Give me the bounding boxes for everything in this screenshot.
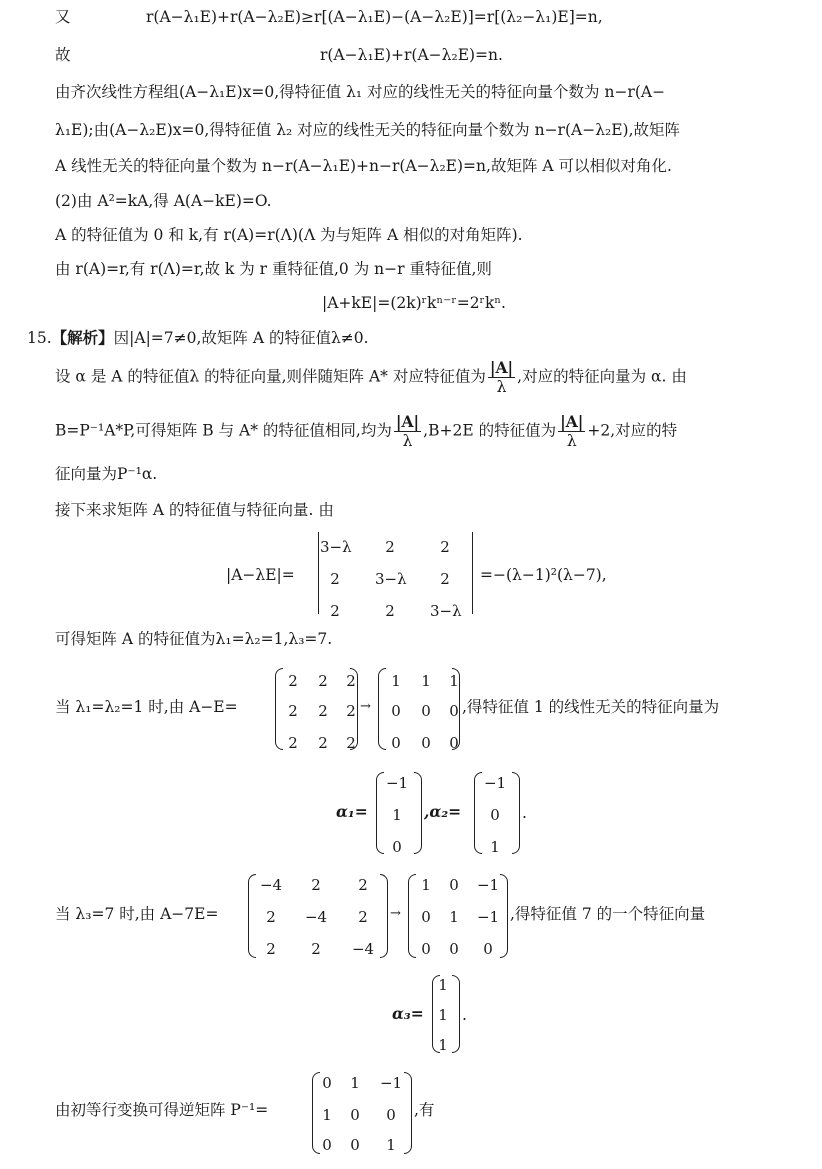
matrix-cell: 3−λ [375, 570, 405, 588]
text-segment: +2,对应的特 [587, 422, 677, 440]
vector-cell: −1 [480, 774, 510, 792]
case-1-suffix: ,得特征值 1 的线性无关的特征向量为 [462, 700, 719, 716]
fraction-det-over-lambda: |A|λ [558, 414, 585, 449]
fraction-det-over-lambda: |A|λ [394, 414, 421, 449]
fraction-numerator: |A| [394, 414, 421, 432]
matrix-cell: 2 [375, 538, 405, 556]
matrix-cell: 1 [312, 1106, 342, 1124]
vector-cell: −1 [382, 774, 412, 792]
matrix-cell: 2 [301, 940, 331, 958]
matrix-cell: −1 [473, 876, 503, 894]
text-line-1-label: 又 [55, 10, 71, 26]
case-2-prefix: 当 λ₃=7 时,由 A−7E= [55, 907, 218, 923]
matrix-cell: 2 [308, 734, 338, 752]
matrix-cell: 3−λ [430, 602, 460, 620]
matrix-cell: 0 [411, 702, 441, 720]
paragraph-eigenvalues-0-k: A 的特征值为 0 和 k,有 r(A)=r(Λ)(Λ 为与矩阵 A 相似的对角… [55, 228, 523, 244]
matrix-cell: 2 [320, 602, 350, 620]
fraction-denominator: λ [567, 432, 577, 450]
matrix-cell: 2 [375, 602, 405, 620]
matrix-cell: 1 [411, 876, 441, 894]
paren-right [380, 874, 388, 958]
matrix-cell: 0 [473, 940, 503, 958]
question-15-first-sentence: 因|A|=7≠0,故矩阵 A 的特征值λ≠0. [114, 329, 369, 347]
matrix-cell: −4 [301, 908, 331, 926]
equation-rank-inequality: r(A−λ₁E)+r(A−λ₂E)≥r[(A−λ₁E)−(A−λ₂E)]=r[(… [146, 10, 603, 26]
matrix-cell: 1 [376, 1136, 406, 1154]
text-segment: B=P⁻¹A*P,可得矩阵 B 与 A* 的特征值相同,均为 [55, 422, 392, 440]
matrix-cell: 2 [430, 570, 460, 588]
matrix-cell: −4 [348, 940, 378, 958]
matrix-cell: 0 [411, 940, 441, 958]
paragraph-adjugate: 设 α 是 A 的特征值λ 的特征向量,则伴随矩阵 A* 对应特征值为|A|λ,… [55, 360, 687, 395]
fraction-det-over-lambda: |A|λ [488, 360, 515, 395]
matrix-cell: −1 [376, 1074, 406, 1092]
matrix-cell: 1 [340, 1074, 370, 1092]
matrix-cell: 2 [301, 876, 331, 894]
matrix-cell: 2 [278, 702, 308, 720]
matrix-cell: −4 [256, 876, 286, 894]
case-2-suffix: ,得特征值 7 的一个特征向量 [510, 907, 705, 923]
case-1-prefix: 当 λ₁=λ₂=1 时,由 A−E= [55, 700, 238, 716]
fraction-denominator: λ [403, 432, 413, 450]
matrix-cell: 0 [340, 1136, 370, 1154]
arrow-icon: → [390, 907, 401, 920]
paren-right [500, 874, 508, 958]
paragraph-similarity: B=P⁻¹A*P,可得矩阵 B 与 A* 的特征值相同,均为|A|λ,B+2E … [55, 414, 677, 449]
text-segment: ,B+2E 的特征值为 [423, 422, 556, 440]
paren-left [248, 874, 256, 958]
vector-cell: 0 [382, 838, 412, 856]
paragraph-eigenvalues: 可得矩阵 A 的特征值为λ₁=λ₂=1,λ₃=7. [55, 632, 332, 648]
matrix-cell: 2 [278, 672, 308, 690]
matrix-cell: 0 [340, 1106, 370, 1124]
matrix-cell: 2 [256, 908, 286, 926]
question-15-header: 15.【解析】因|A|=7≠0,故矩阵 A 的特征值λ≠0. [27, 330, 369, 347]
fraction-denominator: λ [497, 378, 507, 396]
arrow-icon: → [360, 700, 371, 713]
determinant-rhs: =−(λ−1)²(λ−7), [480, 568, 607, 584]
paren-right [512, 772, 520, 854]
paragraph-eigenvector-p-inv: 征向量为P⁻¹α. [55, 467, 157, 483]
paragraph-part-2: (2)由 A²=kA,得 A(A−kE)=O. [55, 194, 272, 210]
matrix-cell: 1 [411, 672, 441, 690]
matrix-cell: 0 [381, 702, 411, 720]
text-line-2-label: 故 [55, 48, 71, 64]
matrix-cell: 0 [411, 908, 441, 926]
paragraph-rank-r: 由 r(A)=r,有 r(Λ)=r,故 k 为 r 重特征值,0 为 n−r 重… [55, 262, 492, 278]
matrix-cell: 2 [256, 940, 286, 958]
matrix-cell: 1 [439, 908, 469, 926]
determinant-lhs: |A−λE|= [226, 568, 295, 584]
matrix-cell: 2 [348, 908, 378, 926]
paren-right [350, 668, 358, 750]
paragraph-next-step: 接下来求矩阵 A 的特征值与特征向量. 由 [55, 503, 334, 519]
matrix-cell: 1 [381, 672, 411, 690]
matrix-cell: 0 [376, 1106, 406, 1124]
matrix-cell: 2 [308, 672, 338, 690]
equation-determinant-result: |A+kE|=(2k)ʳkⁿ⁻ʳ=2ʳkⁿ. [322, 296, 506, 312]
paragraph-line-4: λ₁E);由(A−λ₂E)x=0,得特征值 λ₂ 对应的线性无关的特征向量个数为… [55, 123, 680, 139]
alpha1-label: α₁= [336, 804, 368, 820]
matrix-cell: 2 [308, 702, 338, 720]
p-inverse-prefix: 由初等行变换可得逆矩阵 P⁻¹= [55, 1103, 268, 1119]
paragraph-line-3: 由齐次线性方程组(A−λ₁E)x=0,得特征值 λ₁ 对应的线性无关的特征向量个… [55, 85, 665, 101]
analysis-tag: 【解析】 [52, 328, 114, 347]
text-segment: 设 α 是 A 的特征值λ 的特征向量,则伴随矩阵 A* 对应特征值为 [55, 368, 486, 386]
p-inverse-suffix: ,有 [414, 1103, 434, 1119]
alpha2-label: ,α₂= [424, 804, 461, 820]
period: . [522, 806, 527, 822]
matrix-cell: 0 [312, 1136, 342, 1154]
matrix-cell: 2 [320, 570, 350, 588]
matrix-cell: −1 [473, 908, 503, 926]
paragraph-line-5: A 线性无关的特征向量个数为 n−r(A−λ₁E)+n−r(A−λ₂E)=n,故… [55, 159, 672, 175]
matrix-cell: 2 [430, 538, 460, 556]
vector-cell: 1 [382, 806, 412, 824]
vector-cell: 1 [480, 838, 510, 856]
matrix-cell: 0 [411, 734, 441, 752]
matrix-cell: 2 [348, 876, 378, 894]
paren-right [452, 975, 460, 1053]
fraction-numerator: |A| [558, 414, 585, 432]
period: . [462, 1008, 467, 1024]
paren-right [414, 772, 422, 854]
paren-right [452, 668, 460, 750]
matrix-cell: 3−λ [320, 538, 350, 556]
text-segment: ,对应的特征向量为 α. 由 [517, 368, 687, 386]
determinant-bar-left [318, 532, 319, 614]
determinant-bar-right [472, 532, 473, 614]
paren-right [404, 1072, 412, 1154]
matrix-cell: 0 [439, 876, 469, 894]
matrix-cell: 2 [278, 734, 308, 752]
vector-cell: 0 [480, 806, 510, 824]
matrix-cell: 0 [312, 1074, 342, 1092]
equation-rank-sum: r(A−λ₁E)+r(A−λ₂E)=n. [320, 48, 503, 64]
question-number: 15. [27, 329, 52, 347]
fraction-numerator: |A| [488, 360, 515, 378]
matrix-cell: 0 [381, 734, 411, 752]
alpha3-label: α₃= [392, 1006, 424, 1022]
matrix-cell: 0 [439, 940, 469, 958]
